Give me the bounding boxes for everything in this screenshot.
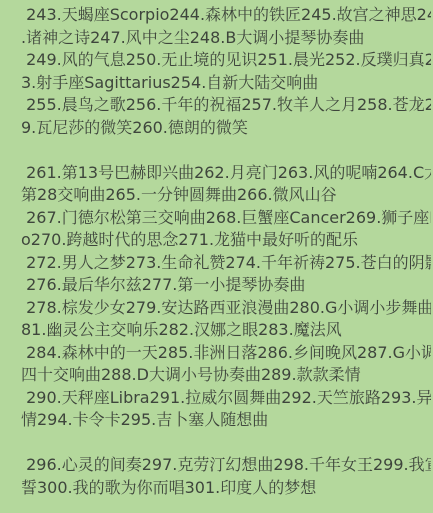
text-line: 296.心灵的间奏297.克劳汀幻想曲298.千年女王299.我宣 <box>21 454 431 477</box>
blank-line <box>21 432 431 455</box>
text-line: 81.幽灵公主交响乐282.汉娜之眼283.魔法风 <box>21 319 431 342</box>
text-line: 情294.卡令卡295.吉卜塞人随想曲 <box>21 409 431 432</box>
text-line: 272.男人之梦273.生命礼赞274.千年祈祷275.苍白的阴影 <box>21 252 431 275</box>
text-line: 278.棕发少女279.安达路西亚浪漫曲280.G小调小步舞曲2 <box>21 297 431 320</box>
text-line: 3.射手座Sagittarius254.自新大陆交响曲 <box>21 72 431 95</box>
text-line: 261.第13号巴赫即兴曲262.月亮门263.风的呢喃264.C大调 <box>21 162 431 185</box>
text-line: 290.天秤座Libra291.拉威尔圆舞曲292.天竺旅路293.异国 <box>21 387 431 410</box>
blank-line <box>21 139 431 162</box>
text-line: 第28交响曲265.一分钟圆舞曲266.微风山谷 <box>21 184 431 207</box>
text-line: 249.风的气息250.无止境的见识251.晨光252.反璞归真25 <box>21 49 431 72</box>
song-list-document: 243.天蝎座Scorpio244.森林中的铁匠245.故宫之神思246 .诸神… <box>0 0 433 513</box>
text-line: 243.天蝎座Scorpio244.森林中的铁匠245.故宫之神思246 <box>21 4 431 27</box>
text-line: 誓300.我的歌为你而唱301.印度人的梦想 <box>21 477 431 500</box>
text-line: 9.瓦尼莎的微笑260.德朗的微笑 <box>21 117 431 140</box>
text-line: 四十交响曲288.D大调小号协奏曲289.款款柔情 <box>21 364 431 387</box>
text-line: 276.最后华尔兹277.第一小提琴协奏曲 <box>21 274 431 297</box>
text-line: o270.跨越时代的思念271.龙猫中最好听的配乐 <box>21 229 431 252</box>
text-line: 267.门德尔松第三交响曲268.巨蟹座Cancer269.狮子座Le <box>21 207 431 230</box>
text-line: .诸神之诗247.风中之尘248.B大调小提琴协奏曲 <box>21 27 431 50</box>
text-line: 255.晨鸟之歌256.千年的祝福257.牧羊人之月258.苍龙25 <box>21 94 431 117</box>
text-line: 284.森林中的一天285.非洲日落286.乡间晚风287.G小调第 <box>21 342 431 365</box>
